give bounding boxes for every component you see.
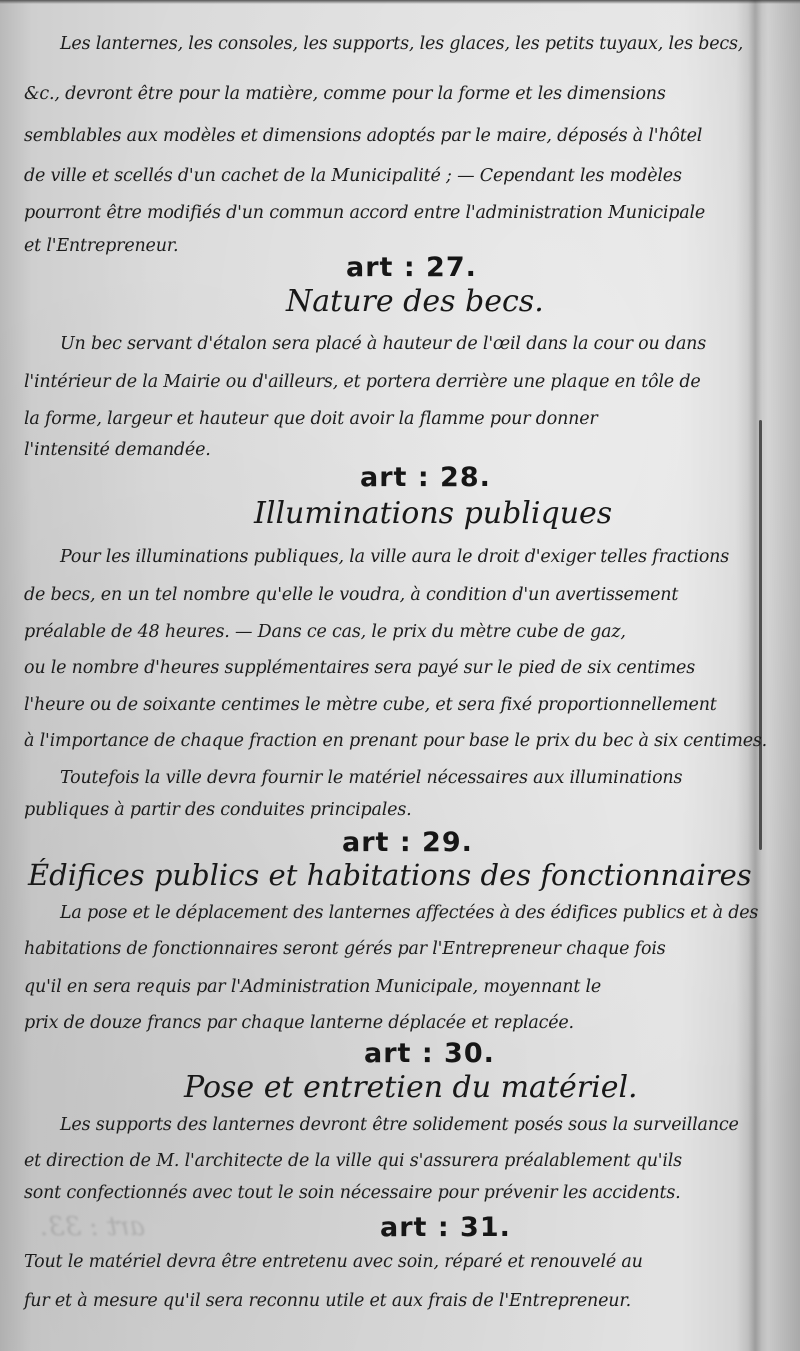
article-number: art : 30. <box>364 1038 495 1069</box>
article-number: art : 28. <box>360 462 491 493</box>
text-line: de becs, en un tel nombre qu'elle le vou… <box>24 587 678 605</box>
text-line: Toutefois la ville devra fournir le maté… <box>60 770 682 788</box>
text-line: préalable de 48 heures. — Dans ce cas, l… <box>24 624 626 642</box>
text-line: et direction de M. l'architecte de la vi… <box>24 1153 682 1171</box>
text-line: publiques à partir des conduites princip… <box>24 802 411 820</box>
article-number: art : 29. <box>342 827 473 858</box>
article-number: art : 31. <box>380 1212 511 1243</box>
text-line: et l'Entrepreneur. <box>24 238 178 256</box>
text-line: Tout le matériel devra être entretenu av… <box>24 1254 643 1272</box>
article-number: art : 27. <box>346 252 477 283</box>
text-line: pourront être modifiés d'un commun accor… <box>24 205 705 223</box>
text-line: La pose et le déplacement des lanternes … <box>60 905 758 923</box>
article-title: Édifices publics et habitations des fonc… <box>28 858 752 892</box>
text-line: prix de douze francs par chaque lanterne… <box>24 1015 574 1033</box>
article-title: Illuminations publiques <box>254 496 612 531</box>
bleed-through-text: art : 33. <box>40 1212 145 1242</box>
text-line: Pour les illuminations publiques, la vil… <box>60 549 729 567</box>
margin-vertical-rule <box>759 420 762 850</box>
text-line: semblables aux modèles et dimensions ado… <box>24 128 702 146</box>
text-line: Les lanternes, les consoles, les support… <box>60 36 743 54</box>
text-line: à l'importance de chaque fraction en pre… <box>24 733 767 751</box>
text-line: Les supports des lanternes devront être … <box>60 1117 739 1135</box>
text-line: de ville et scellés d'un cachet de la Mu… <box>24 168 682 186</box>
text-line: sont confectionnés avec tout le soin néc… <box>24 1185 680 1203</box>
page-top-edge <box>0 0 800 4</box>
text-line: ou le nombre d'heures supplémentaires se… <box>24 660 695 678</box>
article-title: Pose et entretien du matériel. <box>184 1070 638 1105</box>
text-line: l'heure ou de soixante centimes le mètre… <box>24 697 717 715</box>
text-line: l'intérieur de la Mairie ou d'ailleurs, … <box>24 374 701 392</box>
article-title: Nature des becs. <box>286 284 544 319</box>
text-line: &c., devront être pour la matière, comme… <box>24 86 666 104</box>
scanned-page: art : 33. Les lanternes, les consoles, l… <box>0 0 800 1351</box>
text-line: fur et à mesure qu'il sera reconnu utile… <box>24 1293 631 1311</box>
text-line: Un bec servant d'étalon sera placé à hau… <box>60 336 706 354</box>
text-line: la forme, largeur et hauteur que doit av… <box>24 411 598 429</box>
text-line: qu'il en sera requis par l'Administratio… <box>24 979 601 997</box>
text-line: l'intensité demandée. <box>24 442 211 460</box>
text-line: habitations de fonctionnaires seront gér… <box>24 941 666 959</box>
